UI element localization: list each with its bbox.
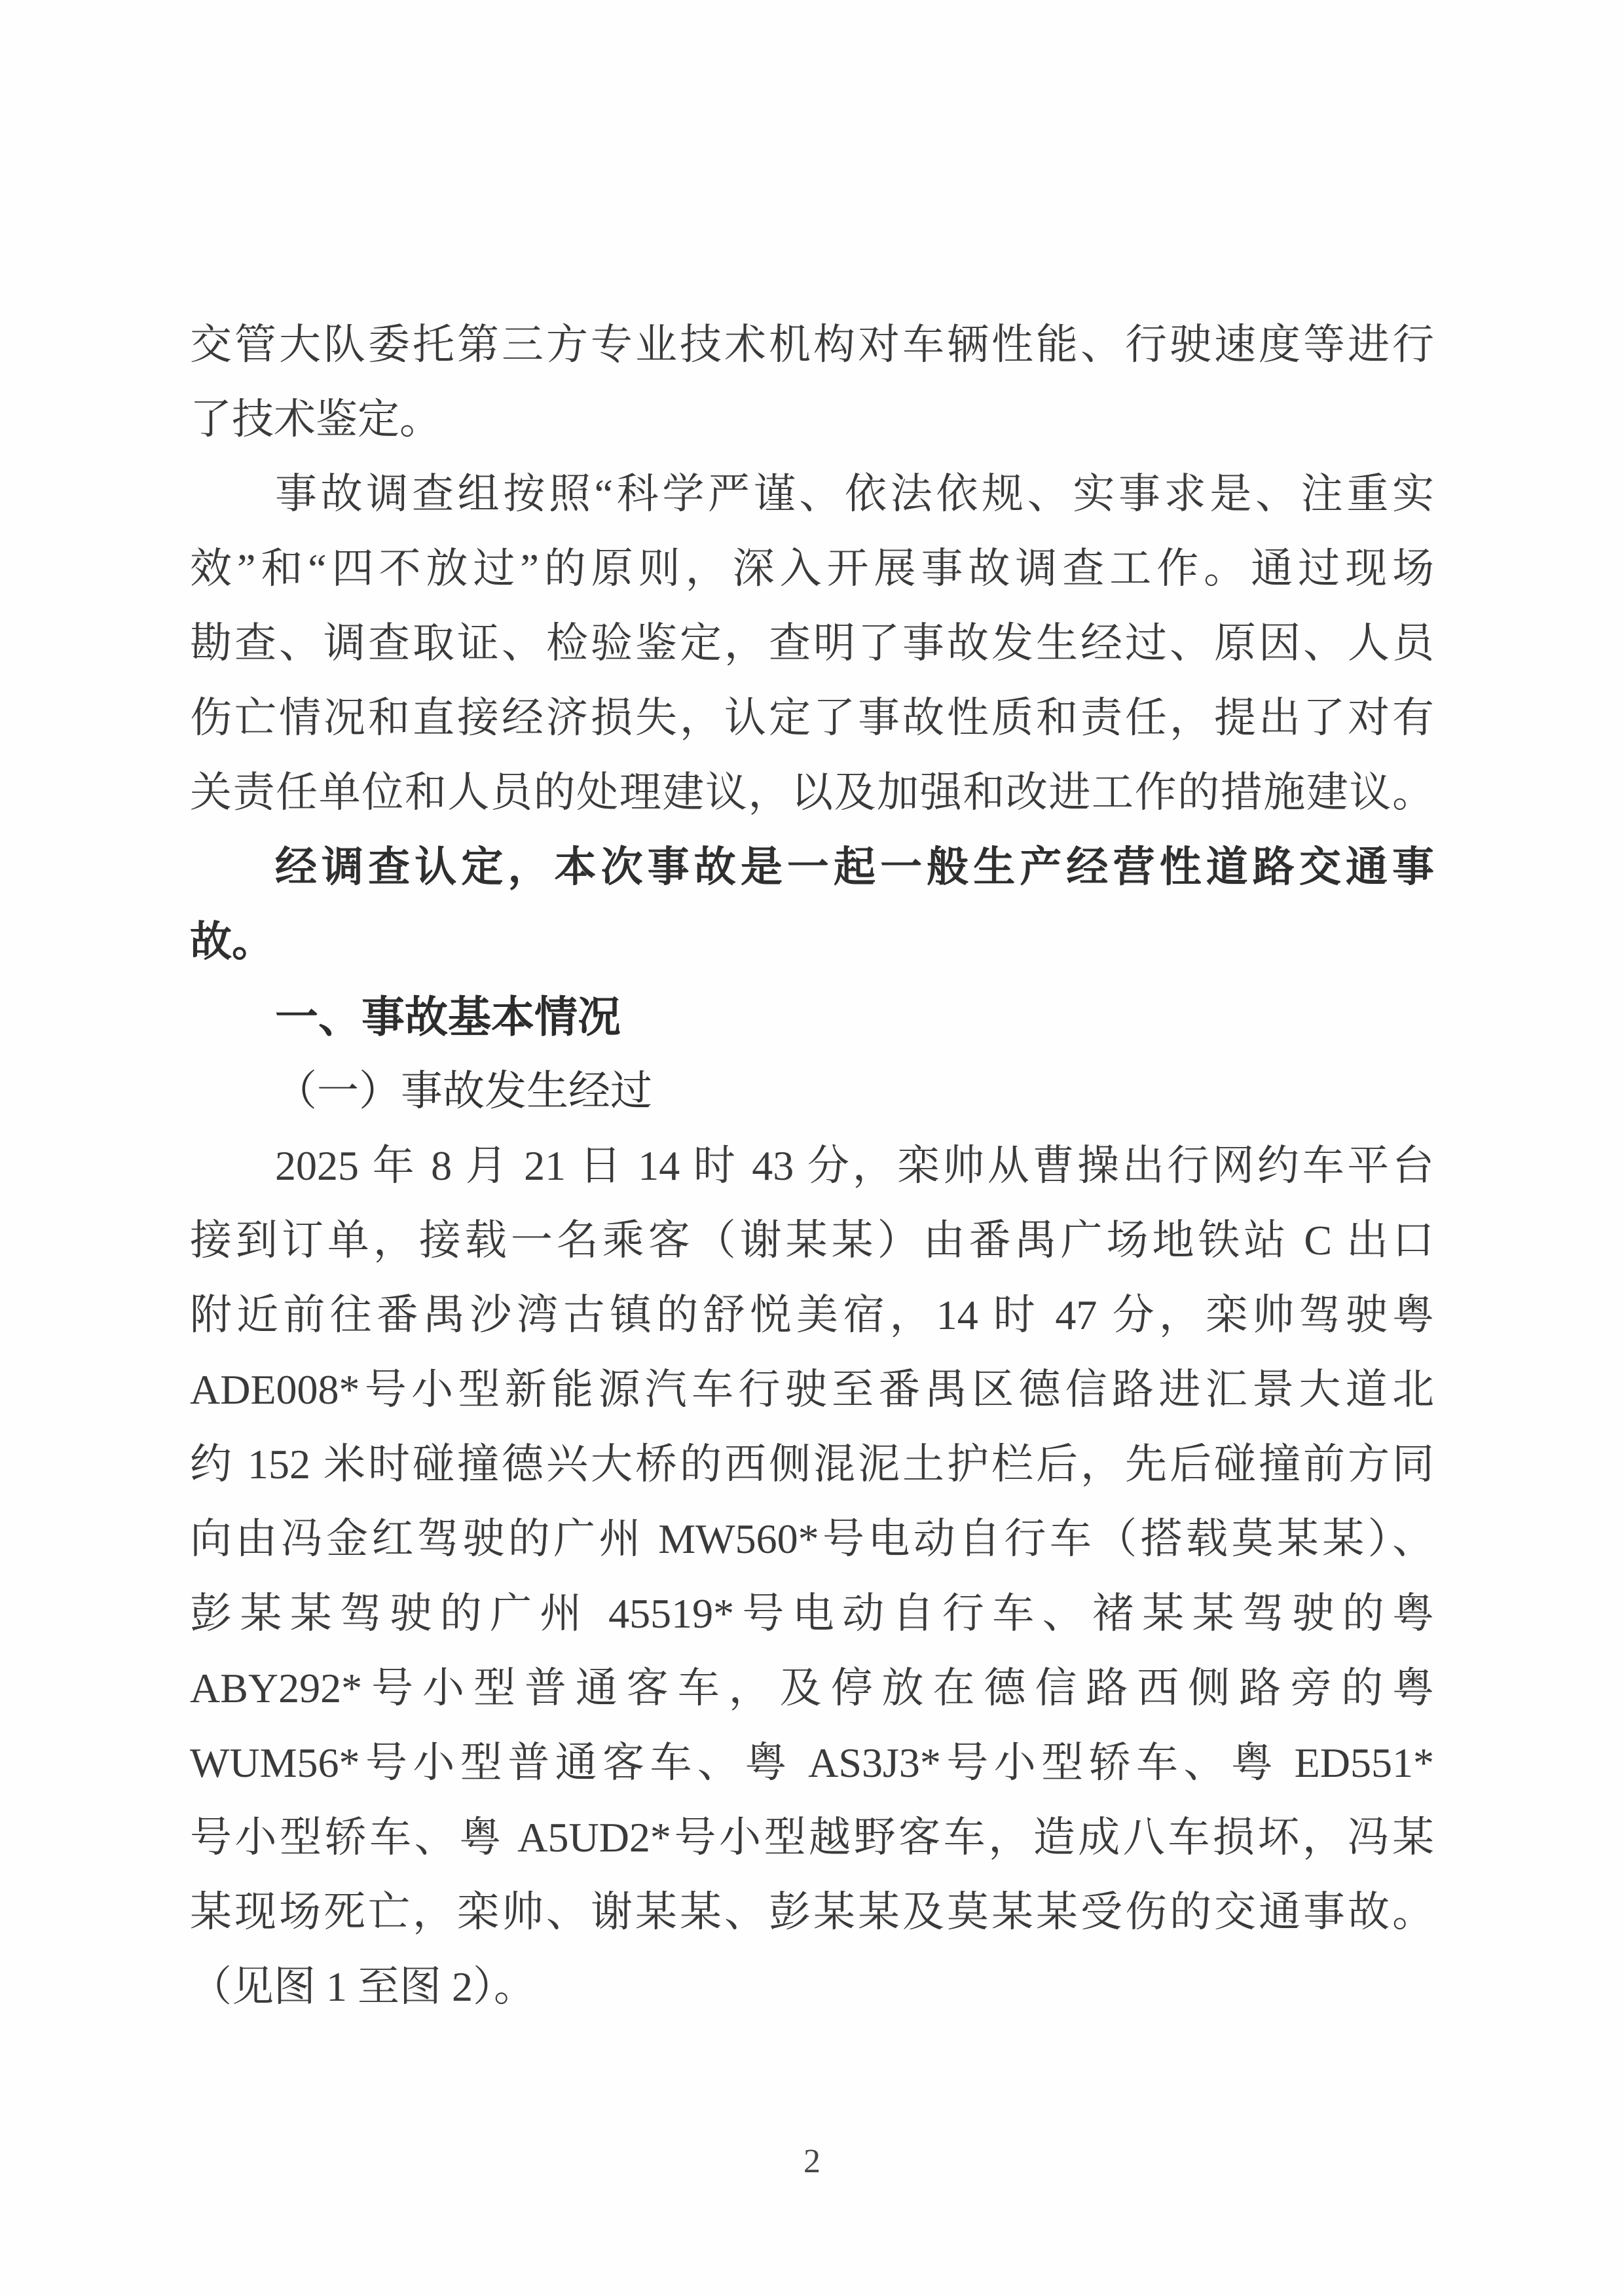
text-line: 附近前往番禺沙湾古镇的舒悦美宿，14 时 47 分，栾帅驾驶粤 xyxy=(190,1278,1434,1353)
text-line: 交管大队委托第三方专业技术机构对车辆性能、行驶速度等进行 xyxy=(190,308,1434,382)
text-line: 了技术鉴定。 xyxy=(190,382,1434,457)
text-line: 效”和“四不放过”的原则，深入开展事故调查工作。通过现场 xyxy=(190,532,1434,606)
paragraph-accident-narrative: 2025 年 8 月 21 日 14 时 43 分，栾帅从曹操出行网约车平台 接… xyxy=(190,1129,1434,2024)
text-line: 约 152 米时碰撞德兴大桥的西侧混泥土护栏后，先后碰撞前方同 xyxy=(190,1427,1434,1502)
subsection-heading: （一）事故发生经过 xyxy=(190,1054,1434,1129)
text-line: （见图 1 至图 2）。 xyxy=(190,1950,1434,2024)
text-line: 事故调查组按照“科学严谨、依法依规、实事求是、注重实 xyxy=(190,457,1434,532)
text-line: 接到订单，接载一名乘客（谢某某）由番禺广场地铁站 C 出口 xyxy=(190,1203,1434,1278)
text-line: 关责任单位和人员的处理建议，以及加强和改进工作的措施建议。 xyxy=(190,756,1434,830)
text-line: WUM56*号小型普通客车、粤 AS3J3*号小型轿车、粤 ED551* xyxy=(190,1726,1434,1800)
text-line: 故。 xyxy=(190,905,1434,979)
text-line: 伤亡情况和直接经济损失，认定了事故性质和责任，提出了对有 xyxy=(190,681,1434,756)
text-line: 某现场死亡，栾帅、谢某某、彭某某及莫某某受伤的交通事故。 xyxy=(190,1875,1434,1950)
page-number: 2 xyxy=(0,2142,1624,2181)
document-page: 交管大队委托第三方专业技术机构对车辆性能、行驶速度等进行 了技术鉴定。 事故调查… xyxy=(0,0,1624,2296)
text-line: ADE008*号小型新能源汽车行驶至番禺区德信路进汇景大道北 xyxy=(190,1353,1434,1427)
text-line: 彭某某驾驶的广州 45519*号电动自行车、褚某某驾驶的粤 xyxy=(190,1576,1434,1651)
text-line: 经调查认定，本次事故是一起一般生产经营性道路交通事 xyxy=(190,830,1434,905)
page-body: 交管大队委托第三方专业技术机构对车辆性能、行驶速度等进行 了技术鉴定。 事故调查… xyxy=(190,308,1434,2024)
paragraph-continuation: 交管大队委托第三方专业技术机构对车辆性能、行驶速度等进行 了技术鉴定。 xyxy=(190,308,1434,457)
text-line: 号小型轿车、粤 A5UD2*号小型越野客车，造成八车损坏，冯某 xyxy=(190,1800,1434,1875)
text-line: 2025 年 8 月 21 日 14 时 43 分，栾帅从曹操出行网约车平台 xyxy=(190,1129,1434,1203)
text-line: ABY292*号小型普通客车，及停放在德信路西侧路旁的粤 xyxy=(190,1651,1434,1726)
paragraph-investigation-process: 事故调查组按照“科学严谨、依法依规、实事求是、注重实 效”和“四不放过”的原则，… xyxy=(190,457,1434,830)
paragraph-finding-bold: 经调查认定，本次事故是一起一般生产经营性道路交通事 故。 xyxy=(190,830,1434,979)
section-heading: 一、事故基本情况 xyxy=(190,979,1434,1054)
text-line: 向由冯金红驾驶的广州 MW560*号电动自行车（搭载莫某某）、 xyxy=(190,1502,1434,1576)
text-line: 勘查、调查取证、检验鉴定，查明了事故发生经过、原因、人员 xyxy=(190,606,1434,681)
